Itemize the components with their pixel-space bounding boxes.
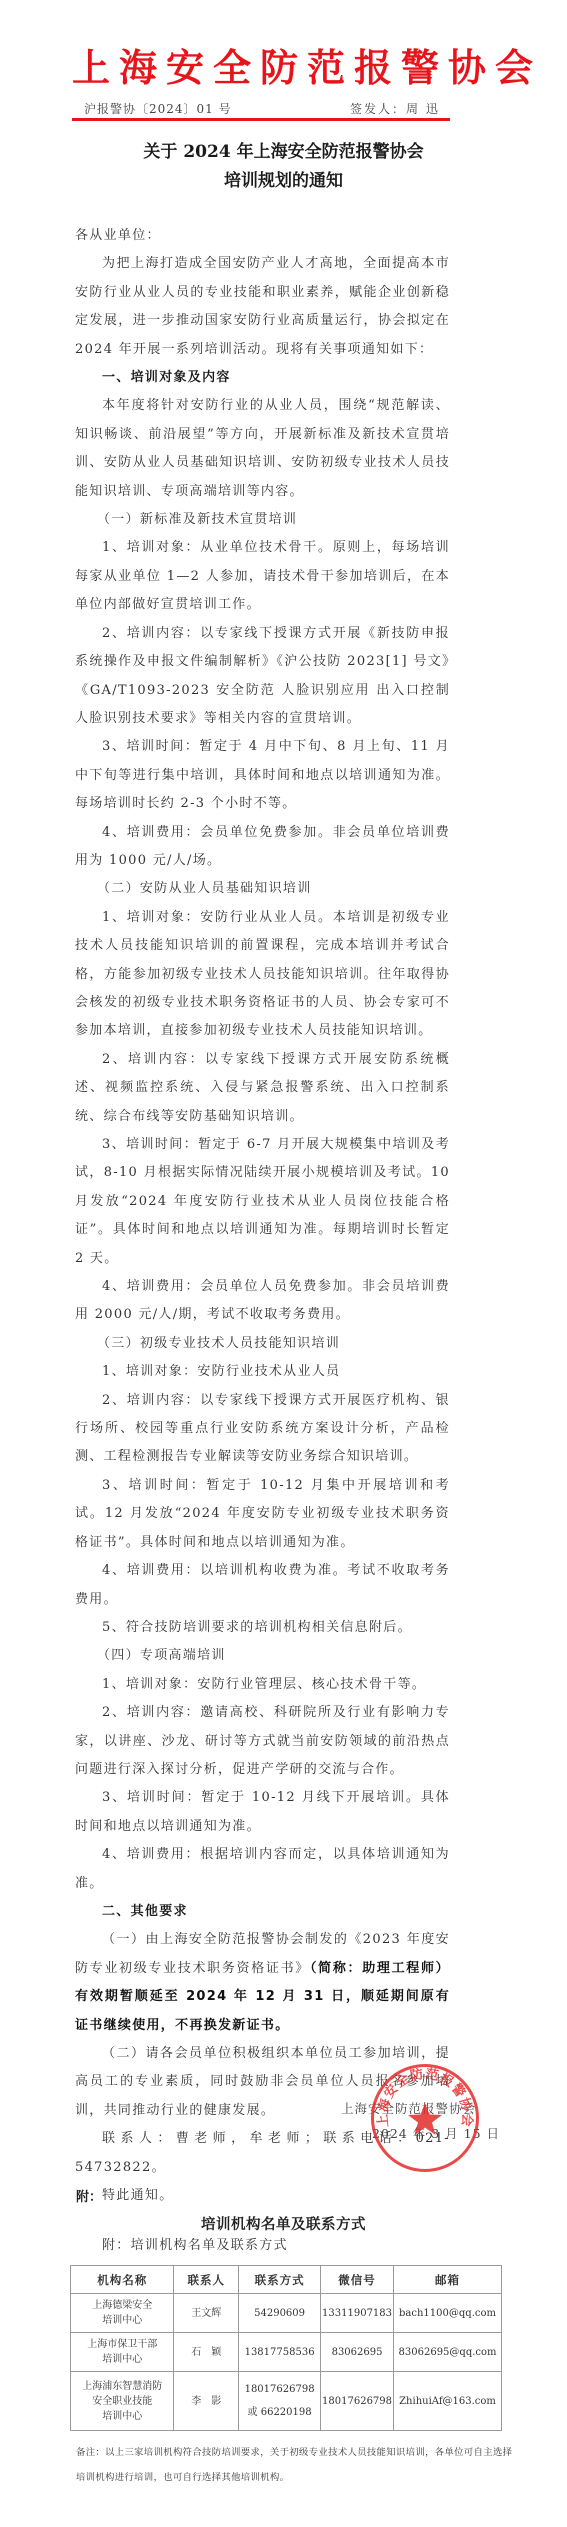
column-header-contact: 联系人 [174, 2266, 239, 2294]
org-name-line: 培训中心 [71, 2313, 173, 2328]
column-header-org: 机构名称 [71, 2266, 174, 2294]
org-name-line: 培训中心 [71, 2352, 173, 2367]
table-note: 备注：以上三家培训机构符合技防培训要求，关于初级专业技术人员技能知识培训，各单位… [76, 2440, 516, 2490]
paragraph: 3、培训时间：暂定于 10-12 月线下开展培训。具体时间和地点以培训通知为准。 [75, 1784, 450, 1841]
document-title-line2: 培训规划的通知 [0, 170, 567, 192]
email-cell: ZhihuiAf@163.com [394, 2372, 502, 2431]
salutation: 各从业单位： [75, 222, 450, 250]
contact-cell: 李 影 [174, 2372, 239, 2431]
document-number: 沪报警协〔2024〕01 号 [84, 100, 232, 117]
paragraph: 1、培训对象：从业单位技术骨干。原则上，每场培训每家从业单位 1—2 人参加，请… [75, 534, 450, 619]
phone-cell: 54290609 [239, 2294, 321, 2333]
section-heading-2: 二、其他要求 [75, 1898, 450, 1926]
paragraph: 2、培训内容：以专家线下授课方式开展《新技防申报系统操作及申报文件编制解析》《沪… [75, 620, 450, 734]
phone-line: 18017626798 [239, 2382, 320, 2397]
org-name-line: 上海市保卫干部 [71, 2337, 173, 2352]
table-row: 上海市保卫干部培训中心 石 颖 13817758536 83062695 830… [71, 2333, 502, 2372]
attachment-reference: 附：培训机构名单及联系方式 [75, 2232, 450, 2260]
paragraph: 4、培训费用：会员单位人员免费参加。非会员培训费用 2000 元/人/期，考试不… [75, 1273, 450, 1330]
wechat-cell: 83062695 [321, 2333, 394, 2372]
notice-document: 上海安全防范报警协会 沪报警协〔2024〕01 号 签发人：周 迅 关于 202… [0, 0, 567, 2527]
official-seal-icon: 上海安全防范报警协会 [371, 2064, 479, 2172]
paragraph: 2、培训内容：邀请高校、科研院所及行业有影响力专家，以讲座、沙龙、研讨等方式就当… [75, 1699, 450, 1784]
attachment-title: 培训机构名单及联系方式 [0, 2213, 567, 2234]
org-name-line: 上海德梁安全 [71, 2298, 173, 2313]
paragraph: 4、培训费用：以培训机构收费为准。考试不收取考务费用。 [75, 1557, 450, 1614]
paragraph: 4、培训费用：会员单位免费参加。非会员单位培训费用为 1000 元/人/场。 [75, 819, 450, 876]
subsection-heading-1: （一）新标准及新技术宣贯培训 [75, 506, 450, 534]
subsection-heading-2: （二）安防从业人员基础知识培训 [75, 875, 450, 903]
org-name-line: 培训中心 [71, 2409, 173, 2424]
table-row: 上海德梁安全培训中心 王文辉 54290609 13311907183 bach… [71, 2294, 502, 2333]
table-header-row: 机构名称 联系人 联系方式 微信号 邮箱 [71, 2266, 502, 2294]
paragraph: 2、培训内容：以专家线下授课方式开展医疗机构、银行场所、校园等重点行业安防系统方… [75, 1387, 450, 1472]
contact-cell: 石 颖 [174, 2333, 239, 2372]
paragraph: 2、培训内容：以专家线下授课方式开展安防系统概述、视频监控系统、入侵与紧急报警系… [75, 1046, 450, 1131]
masthead-org-name: 上海安全防范报警协会 [72, 45, 492, 91]
paragraph: 1、培训对象：安防行业从业人员。本培训是初级专业技术人员技能知识培训的前置课程，… [75, 904, 450, 1046]
paragraph: 3、培训时间：暂定于 6-7 月开展大规模集中培训及考试，8-10 月根据实际情… [75, 1131, 450, 1273]
certificate-extension-paragraph: （一）由上海安全防范报警协会制发的《2023 年度安防专业初级专业技术职务资格证… [75, 1926, 450, 2040]
subsection-heading-4: （四）专项高端培训 [75, 1642, 450, 1670]
document-title-line1: 关于 2024 年上海安全防范报警协会 [0, 141, 567, 163]
notice-body: 各从业单位： 为把上海打造成全国安防产业人才高地，全面提高本市安防行业从业人员的… [75, 222, 450, 2261]
subsection-heading-3: （三）初级专业技术人员技能知识培训 [75, 1330, 450, 1358]
column-header-wechat: 微信号 [321, 2266, 394, 2294]
paragraph: 5、符合技防培训要求的培训机构相关信息附后。 [75, 1614, 450, 1642]
section1-summary: 本年度将针对安防行业的从业人员，围绕“规范解读、知识畅谈、前沿展望”等方向，开展… [75, 392, 450, 506]
column-header-phone: 联系方式 [239, 2266, 321, 2294]
paragraph: 1、培训对象：安防行业管理层、核心技术骨干等。 [75, 1671, 450, 1699]
column-header-email: 邮箱 [394, 2266, 502, 2294]
signer: 签发人：周 迅 [350, 100, 440, 117]
paragraph: 4、培训费用：根据培训内容而定，以具体培训通知为准。 [75, 1841, 450, 1898]
closing-remark: 特此通知。 [75, 2182, 450, 2210]
phone-cell: 13817758536 [239, 2333, 321, 2372]
org-name-line: 上海浦东智慧消防 [71, 2379, 173, 2394]
org-name-cell: 上海浦东智慧消防安全职业技能培训中心 [71, 2372, 174, 2431]
org-name-line: 安全职业技能 [71, 2394, 173, 2409]
phone-line: 或 66220198 [239, 2405, 320, 2420]
paragraph: 3、培训时间：暂定于 4 月中下旬、8 月上旬、11 月中下旬等进行集中培训，具… [75, 733, 450, 818]
wechat-cell: 13311907183 [321, 2294, 394, 2333]
paragraph: 1、培训对象：安防行业技术从业人员 [75, 1358, 450, 1386]
section-heading-1: 一、培训对象及内容 [75, 364, 450, 392]
attachment-label: 附： [76, 2186, 102, 2205]
red-divider [72, 118, 450, 121]
email-cell: 83062695@qq.com [394, 2333, 502, 2372]
email-cell: bach1100@qq.com [394, 2294, 502, 2333]
wechat-cell: 18017626798 [321, 2372, 394, 2431]
intro-paragraph: 为把上海打造成全国安防产业人才高地，全面提高本市安防行业从业人员的专业技能和职业… [75, 250, 450, 364]
paragraph: 3、培训时间：暂定于 10-12 月集中开展培训和考试。12 月发放“2024 … [75, 1472, 450, 1557]
phone-cell: 18017626798或 66220198 [239, 2372, 321, 2431]
training-org-table: 机构名称 联系人 联系方式 微信号 邮箱 上海德梁安全培训中心 王文辉 5429… [70, 2265, 502, 2431]
org-name-cell: 上海德梁安全培训中心 [71, 2294, 174, 2333]
org-name-cell: 上海市保卫干部培训中心 [71, 2333, 174, 2372]
table-row: 上海浦东智慧消防安全职业技能培训中心 李 影 18017626798或 6622… [71, 2372, 502, 2431]
contact-cell: 王文辉 [174, 2294, 239, 2333]
